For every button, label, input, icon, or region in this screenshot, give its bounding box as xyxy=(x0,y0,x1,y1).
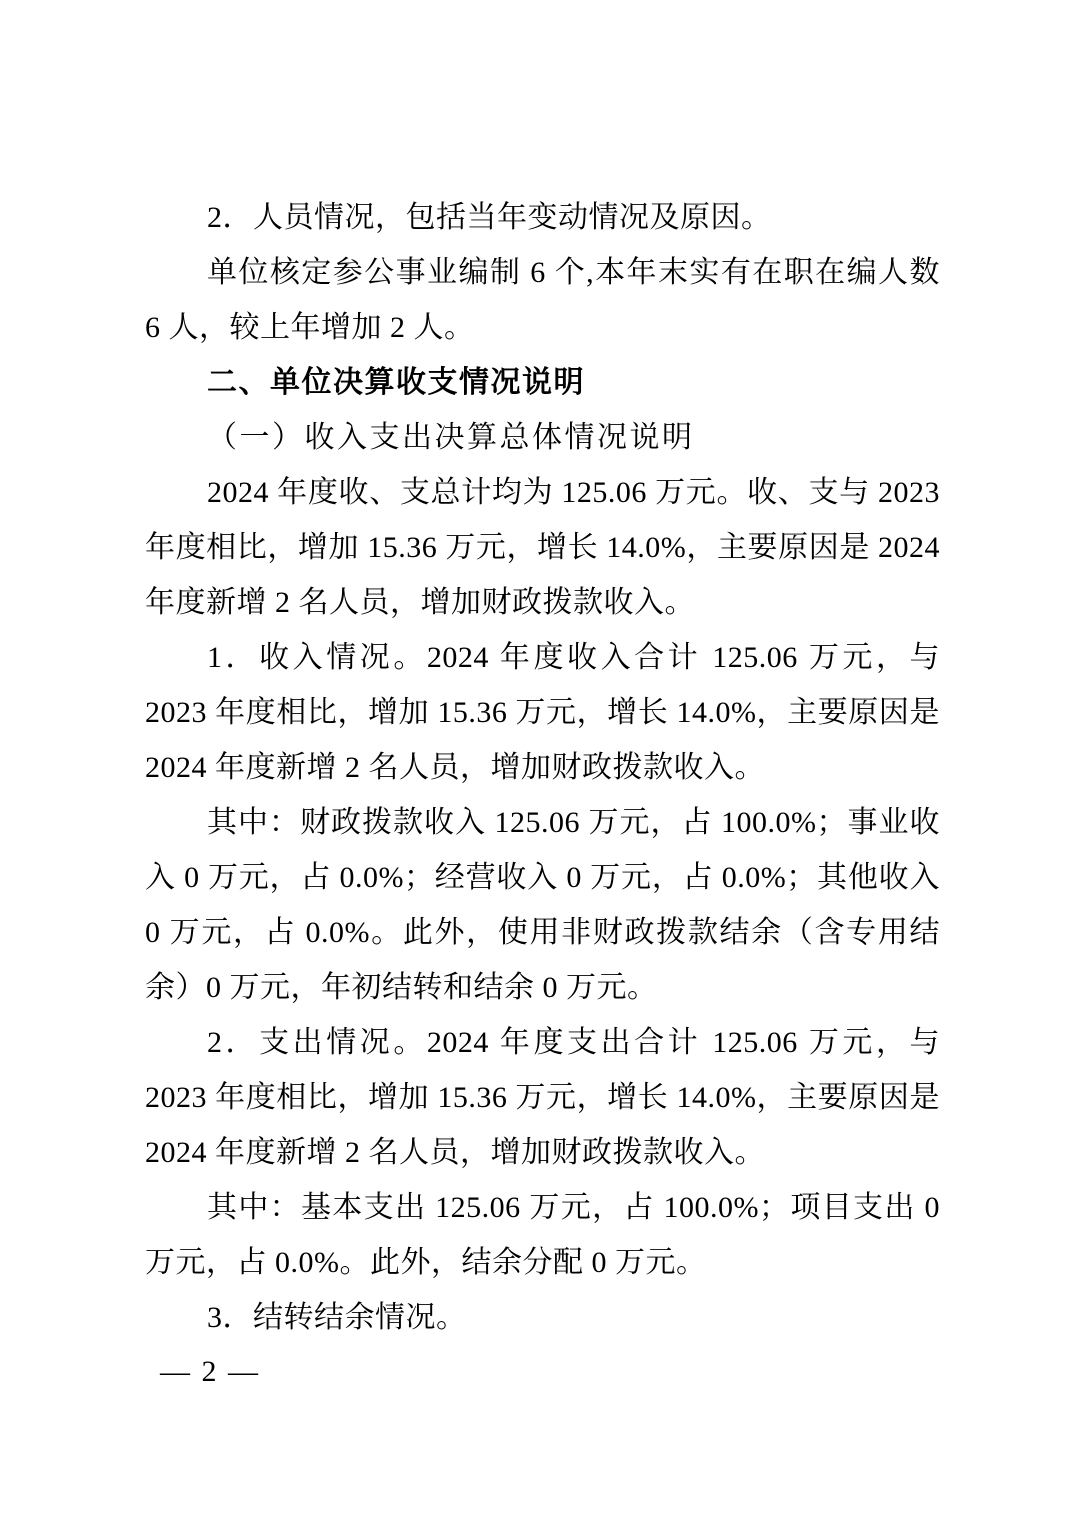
paragraph-expenditure-situation: 2．支出情况。2024 年度支出合计 125.06 万元，与 2023 年度相比… xyxy=(145,1015,940,1180)
paragraph-income-situation: 1．收入情况。2024 年度收入合计 125.06 万元，与 2023 年度相比… xyxy=(145,630,940,795)
subsection-heading-overall-situation: （一）收入支出决算总体情况说明 xyxy=(145,410,940,465)
paragraph-income-breakdown: 其中：财政拨款收入 125.06 万元，占 100.0%；事业收入 0 万元，占… xyxy=(145,795,940,1015)
document-body: 2．人员情况，包括当年变动情况及原因。 单位核定参公事业编制 6 个,本年末实有… xyxy=(145,190,940,1345)
paragraph-total-revenue-expenditure: 2024 年度收、支总计均为 125.06 万元。收、支与 2023 年度相比，… xyxy=(145,465,940,630)
paragraph-personnel-detail: 单位核定参公事业编制 6 个,本年末实有在职在编人数 6 人，较上年增加 2 人… xyxy=(145,245,940,355)
paragraph-personnel-heading: 2．人员情况，包括当年变动情况及原因。 xyxy=(145,190,940,245)
paragraph-carryover-surplus-heading: 3．结转结余情况。 xyxy=(145,1290,940,1345)
page-number: — 2 — xyxy=(160,1352,260,1392)
document-page: 2．人员情况，包括当年变动情况及原因。 单位核定参公事业编制 6 个,本年末实有… xyxy=(0,0,1075,1520)
paragraph-expenditure-breakdown: 其中：基本支出 125.06 万元，占 100.0%；项目支出 0 万元，占 0… xyxy=(145,1180,940,1290)
section-heading-budget-statement: 二、单位决算收支情况说明 xyxy=(145,355,940,410)
